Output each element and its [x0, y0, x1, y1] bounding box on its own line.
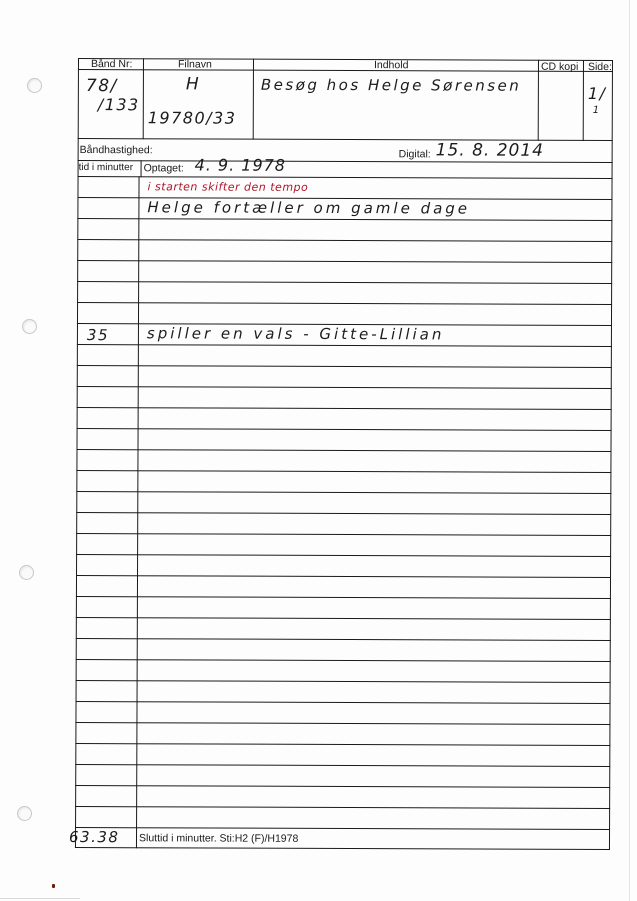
tape-number-value: 78/	[86, 76, 118, 96]
punch-hole	[27, 78, 42, 93]
end-time-label: Sluttid i minutter. Sti:H2 (F)/H1978	[139, 832, 298, 845]
punch-hole	[17, 806, 32, 821]
page-value: 1/	[588, 84, 607, 103]
recorded-label: Optaget:	[144, 162, 184, 174]
end-time-value: 63.38	[69, 828, 120, 846]
time-column-label: tid i minutter	[79, 162, 134, 173]
filename-value: 19780/33	[148, 108, 237, 127]
digital-value: 15. 8. 2014	[436, 140, 544, 160]
punch-hole	[19, 565, 34, 580]
paper-edge	[629, 0, 630, 901]
page-header: Side:	[588, 61, 612, 73]
log-row-text: Helge fortæller om gamle dage	[147, 198, 470, 217]
cd-copy-header: CD kopi	[541, 61, 578, 73]
tape-number-value: /133	[98, 95, 140, 114]
page-value: 1	[593, 105, 601, 116]
paper-edge	[0, 898, 80, 899]
punch-hole	[22, 319, 37, 334]
filename-value: H	[186, 74, 200, 94]
tape-speed-label: Båndhastighed:	[80, 144, 153, 156]
log-row-time: 35	[87, 326, 109, 344]
tape-log-form: Bånd Nr: Filnavn Indhold CD kopi Side: 7…	[75, 58, 613, 855]
log-row-text: i starten skifter den tempo	[147, 180, 308, 194]
recorded-value: 4. 9. 1978	[195, 155, 286, 174]
digital-label: Digital:	[399, 148, 431, 160]
content-header: Indhold	[374, 59, 408, 71]
filename-header: Filnavn	[178, 58, 212, 70]
tape-number-header: Bånd Nr:	[91, 58, 132, 70]
col-divider	[141, 160, 142, 177]
content-value: Besøg hos Helge Sørensen	[261, 76, 521, 95]
ink-speck	[52, 884, 55, 888]
log-row-text: spiller en vals - Gitte-Lillian	[147, 324, 445, 343]
